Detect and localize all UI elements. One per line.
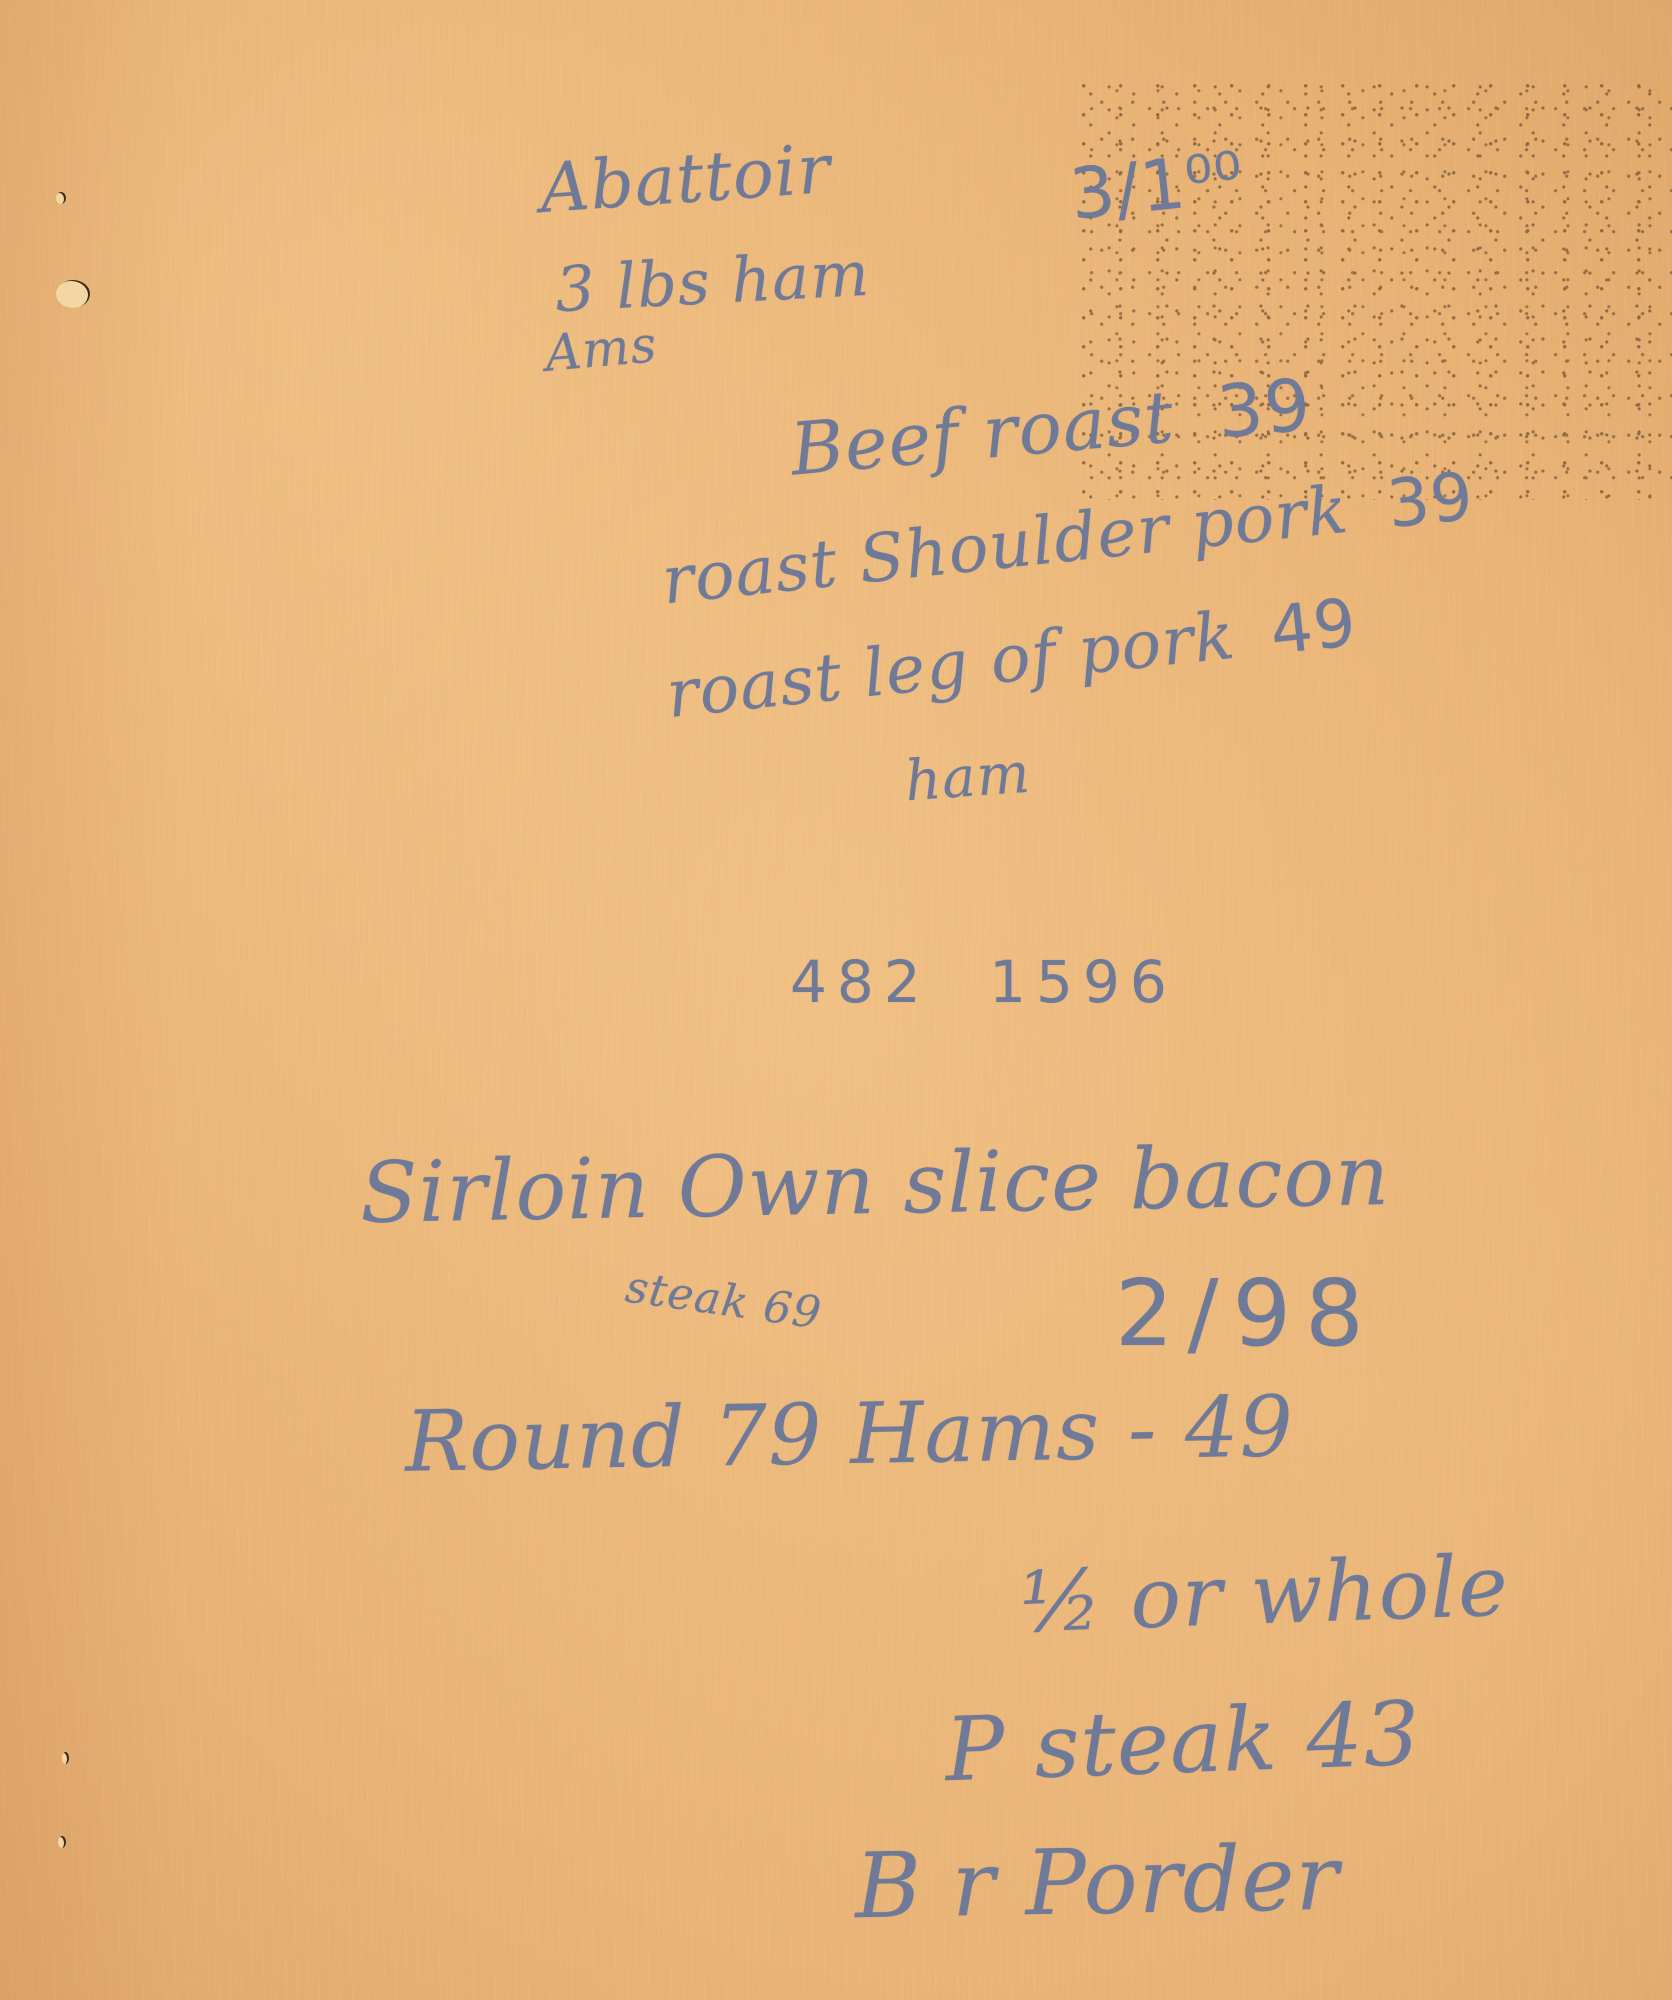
ham-quantity: 3 lbs ham — [553, 237, 871, 326]
header-note: Ams — [543, 315, 660, 383]
price-line-round-hams: Round 79 Hams - 49 — [404, 1377, 1294, 1490]
paper-edge-shade — [0, 0, 180, 2000]
price-line-steak: steak 69 — [622, 1262, 824, 1340]
price-line-p-steak: P steak 43 — [943, 1682, 1422, 1802]
punch-hole-icon — [58, 1836, 66, 1848]
price-item-shoulder-pork: roast Shoulder pork 39 — [658, 458, 1477, 620]
store-name: Abattoir — [538, 130, 834, 229]
item-price: 49 — [1267, 584, 1361, 670]
price-item-ham: ham — [903, 741, 1033, 815]
paper-sheet: Abattoir 3/1⁰⁰ 3 lbs ham Ams Beef roast … — [0, 0, 1672, 2000]
price-line-porder: B r Porder — [854, 1826, 1340, 1939]
item-price: 39 — [1214, 362, 1315, 454]
phone-number: 482 1596 — [790, 948, 1177, 1016]
punch-hole-icon — [56, 192, 66, 204]
price-line-half-or-whole: ½ or whole — [1018, 1537, 1510, 1652]
price-line-sirloin-bacon: Sirloin Own slice bacon — [359, 1126, 1391, 1242]
phone-part-1: 482 — [790, 948, 931, 1016]
phone-part-2: 1596 — [989, 948, 1177, 1016]
item-label: roast leg of pork — [663, 597, 1239, 733]
punch-hole-icon — [62, 1752, 69, 1764]
punch-hole-icon — [56, 280, 90, 308]
price-bacon-offer: 2/98 — [1115, 1260, 1378, 1367]
item-price: 39 — [1384, 458, 1478, 544]
